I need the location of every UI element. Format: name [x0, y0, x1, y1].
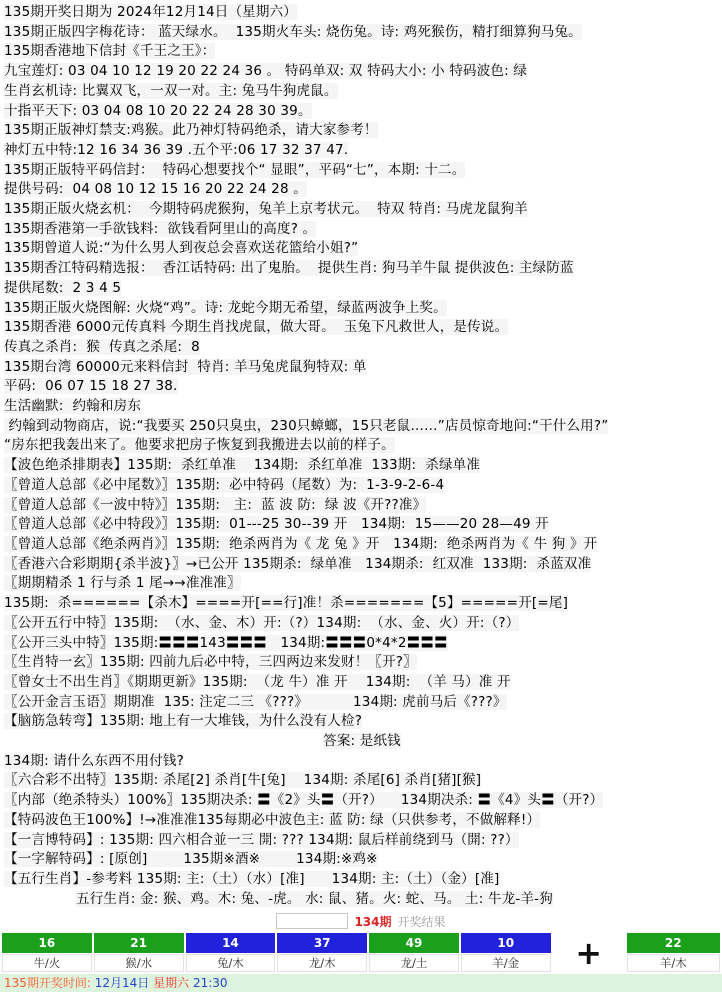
text-line: 【一言博特码】: 135期: 四六相合並一三 開: ??? 134期: 鼠后样前…	[4, 831, 720, 851]
draw-time-weekday: 星期六	[153, 976, 193, 990]
period-input[interactable]	[276, 913, 348, 929]
text-line: 〖曾道人总部《必中特段》〗135期: 01---25 30--39 开 134期…	[4, 515, 720, 535]
draw-time-date: 12月14日	[95, 976, 153, 990]
text-line: 〖公开五行中特〗135期: （水、金、木）开:（?）134期: （水、金、火）开…	[4, 614, 720, 634]
ball-label: 龙/木	[277, 954, 367, 972]
ball-number: 21	[94, 933, 184, 953]
text-line: 【一字解特码】: [原创] 135期※酒※ 134期:※鸡※	[4, 850, 720, 870]
text-line: 【波色绝杀排期表】135期: 杀红单准 134期: 杀红单准 133期: 杀绿单…	[4, 456, 720, 476]
special-ball-number: 22	[627, 933, 720, 953]
text-line: “房东把我轰出来了。他要求把房子恢复到我搬进去以前的样子。	[4, 436, 720, 456]
text-line: 135期: 杀======【杀木】====开[==行]准！杀=======【5】…	[4, 594, 720, 614]
ball-number: 37	[277, 933, 367, 953]
text-line: 生肖玄机诗: 比翼双飞，一双一对。主: 兔马牛狗虎鼠。	[4, 82, 720, 102]
text-line: 135期香港地下信封《千王之王》：	[4, 42, 720, 62]
text-line: 〖曾道人总部《一波中特》〗135期: 主: 蓝 波 防: 绿 波《开??准》	[4, 496, 720, 516]
ball-column: 14 兔/木	[186, 933, 276, 972]
text-line: 135期香港第一手欲钱料: 欲钱看阿里山的高度? 。	[4, 220, 720, 240]
plus-separator[interactable]: +	[553, 933, 625, 972]
text-line: 135期正版火烧玄机： 今期特码虎猴狗，兔羊上京考状元。 特双 特肖: 马虎龙鼠…	[4, 200, 720, 220]
text-line: 135期正版特平码信封： 特码心想要找个“ 显眼”，平码“七”，本期: 十二。	[4, 161, 720, 181]
text-line: 〖生肖特一玄〗135期: 四前九后必中特，三四两边来发财！〖开?〗	[4, 653, 720, 673]
ball-column: 16 牛/火	[2, 933, 92, 972]
text-line: 神灯五中特:12 16 34 36 39 .五个平:06 17 32 37 47…	[4, 141, 720, 161]
ball-column: 21 猴/水	[94, 933, 184, 972]
text-line: 〖曾道人总部《绝杀两肖》〗135期: 绝杀两肖为《 龙 兔 》开 134期: 绝…	[4, 535, 720, 555]
text-line: 135期开奖日期为 2024年12月14日（星期六）	[4, 3, 720, 23]
text-line: 135期台湾 60000元来料信封 特肖: 羊马兔虎鼠狗特双: 单	[4, 358, 720, 378]
ball-label: 羊/金	[461, 954, 551, 972]
text-line: 五行生肖: 金: 猴、鸡。木: 兔、-虎。 水: 鼠、猪。火: 蛇、马。 土: …	[4, 890, 720, 910]
draw-time-clock: 21:30	[193, 976, 228, 990]
ball-number: 14	[186, 933, 276, 953]
draw-results-bar: 16 牛/火 21 猴/水 14 兔/木 37 龙/木 49 龙/土 10 羊/…	[0, 933, 722, 972]
plus-icon: +	[575, 937, 602, 969]
result-caption: 开奖结果	[398, 913, 446, 930]
text-line: 135期曾道人说:“为什么男人到夜总会喜欢送花篮给小姐?”	[4, 239, 720, 259]
text-line: 九宝莲灯: 03 04 10 12 19 20 22 24 36 。 特码单双:…	[4, 62, 720, 82]
ball-column: 10 羊/金	[461, 933, 551, 972]
ball-label: 兔/木	[186, 954, 276, 972]
text-line: 〖公开三头中特〗135期:〓〓〓143〓〓〓 134期:〓〓〓0*4*2〓〓〓	[4, 634, 720, 654]
text-line: 传真之杀肖: 猴 传真之杀尾: 8	[4, 338, 720, 358]
text-line: 答案: 是纸钱	[4, 732, 720, 752]
text-line: 【脑筋急转弯】135期: 地上有一大堆钱，为什么没有人检?	[4, 712, 720, 732]
text-line: 134期: 请什么东西不用付钱?	[4, 752, 720, 772]
text-line: 十指平天下: 03 04 08 10 20 22 24 28 30 39。	[4, 102, 720, 122]
ball-label: 猴/水	[94, 954, 184, 972]
text-line: 提供尾数: 2 3 4 5	[4, 279, 720, 299]
tips-text-block: 135期开奖日期为 2024年12月14日（星期六）135期正版四字梅花诗： 蓝…	[0, 0, 722, 909]
text-line: 提供号码: 04 08 10 12 15 16 20 22 24 28 。	[4, 180, 720, 200]
text-line: 〖曾道人总部《必中尾数》〗135期: 必中特码（尾数）为: 1-3-9-2-6-…	[4, 476, 720, 496]
text-line: 〖六合彩不出特〗135期: 杀尾[2] 杀肖[牛[兔] 134期: 杀尾[6] …	[4, 771, 720, 791]
text-line: 生活幽默: 约翰和房东	[4, 397, 720, 417]
text-line: 【特码波色王100%】!→准准准135每期必中波色主: 蓝 防: 绿（只供参考，…	[4, 811, 720, 831]
ball-label: 龙/土	[369, 954, 459, 972]
ball-column: 37 龙/木	[277, 933, 367, 972]
text-line: 135期正版火烧图解: 火烧“鸡”。诗: 龙蛇今期无希望，绿蓝两波争上奖。	[4, 299, 720, 319]
text-line: 【五行生肖】-参考料 135期: 主:（土）（水）[准] 134期: 主:（土）…	[4, 870, 720, 890]
text-line: 〖香港六合彩期期{杀半波}〗→已公开 135期杀: 绿单准 134期杀: 红双准…	[4, 555, 720, 575]
text-line: 〖期期精杀 1 行与杀 1 尾→→准准准〗	[4, 574, 720, 594]
text-line: 〖曾女士不出生肖〗《期期更新》135期: （龙 牛）准 开 134期: （羊 马…	[4, 673, 720, 693]
ball-label: 牛/火	[2, 954, 92, 972]
special-ball-column: 22 羊/木	[627, 933, 720, 972]
text-line: 〖内部（绝杀特头）100%〗135期决杀: 〓《2》头〓（开?） 134期决杀:…	[4, 791, 720, 811]
text-line: 〖公开金言玉语〗期期准 135: 注定二三 《???》 134期: 虎前马后《?…	[4, 693, 720, 713]
next-draw-time-bar: 135期开奖时间: 12月14日 星期六 21:30	[0, 974, 722, 992]
draw-time-prefix: 135期开奖时间:	[4, 976, 95, 990]
ball-number: 49	[369, 933, 459, 953]
result-lookup-row: 134期 开奖结果	[0, 911, 722, 931]
ball-column: 49 龙/土	[369, 933, 459, 972]
text-line: 135期香江特码精选报： 香江话特码: 出了鬼胎。 提供生肖: 狗马羊牛鼠 提供…	[4, 259, 720, 279]
ball-number: 10	[461, 933, 551, 953]
text-line: 平码: 06 07 15 18 27 38.	[4, 377, 720, 397]
text-line: 135期香港 6000元传真料 今期生肖找虎鼠，做大哥。 玉兔下凡救世人，是传说…	[4, 318, 720, 338]
special-ball-label: 羊/木	[627, 954, 720, 972]
text-line: 135期正版神灯禁支:鸡猴。此乃神灯特码绝杀，请大家参考！	[4, 121, 720, 141]
result-period-label: 134期	[354, 913, 391, 930]
text-line: 135期正版四字梅花诗： 蓝天绿水。 135期火车头: 烧伤兔。诗: 鸡死猴伤，…	[4, 23, 720, 43]
ball-number: 16	[2, 933, 92, 953]
text-line: 约翰到动物商店，说:“我要买 250只臭虫，230只蟑螂，15只老鼠……”店员惊…	[4, 417, 720, 437]
